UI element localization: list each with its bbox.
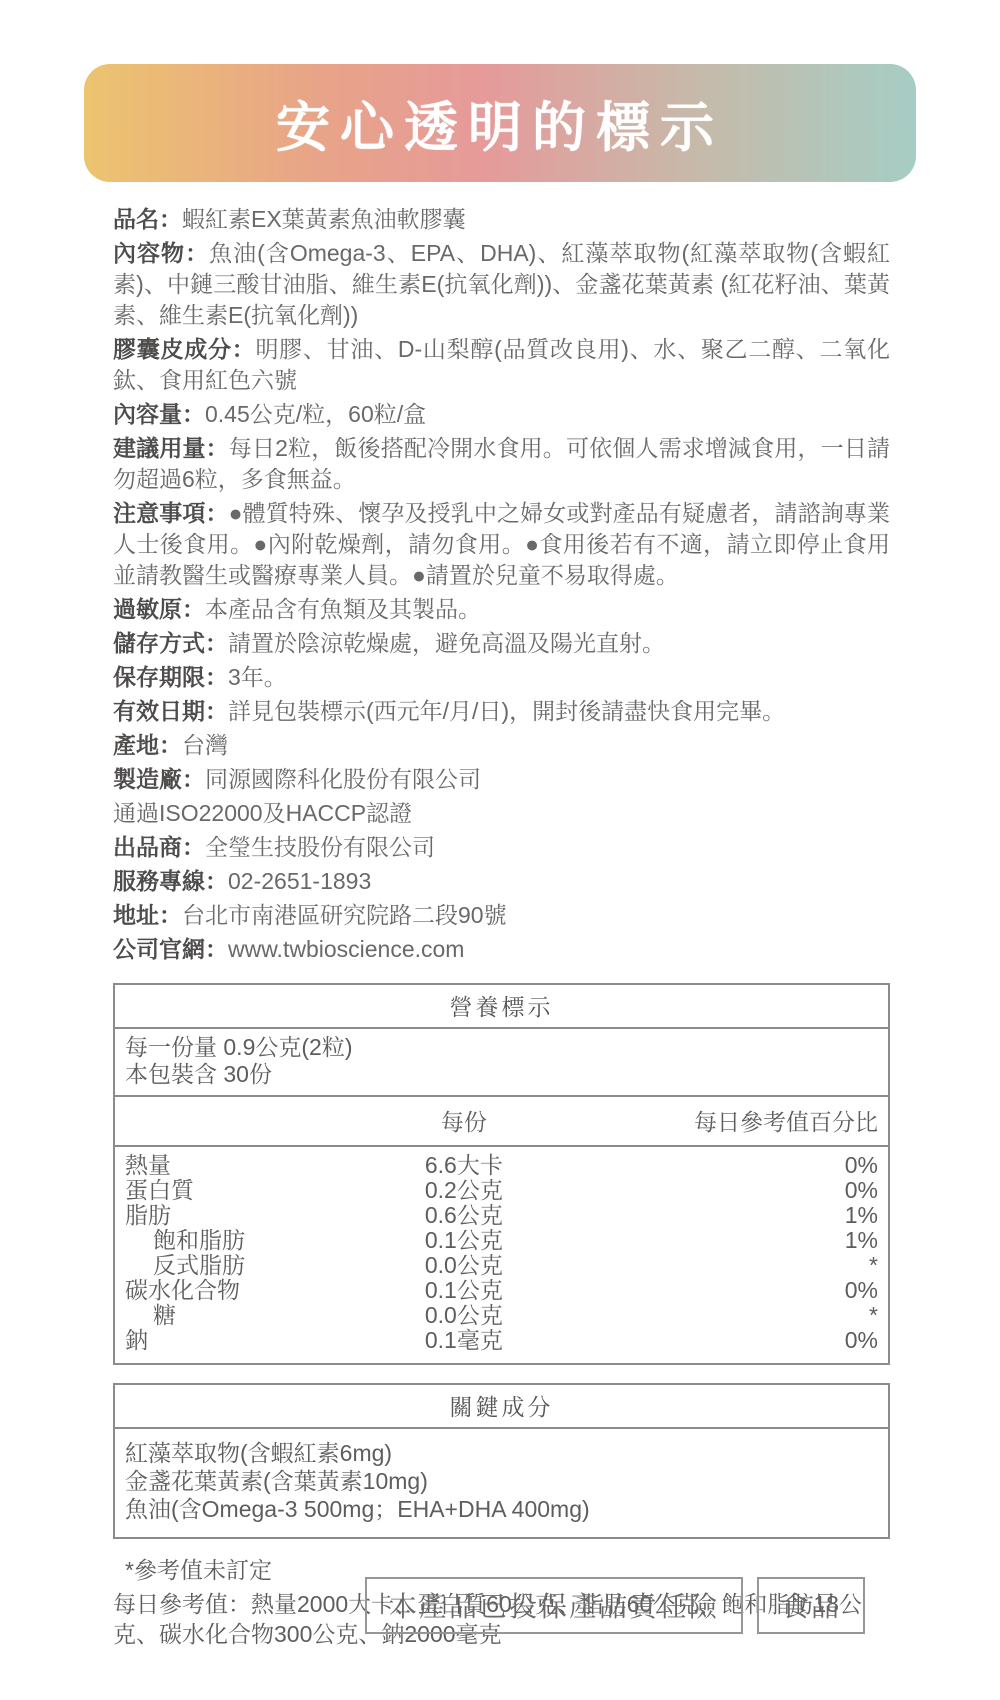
info-row-distributor: 出品商：全瑩生技股份有限公司 xyxy=(113,832,890,863)
column-header-daily-pct: 每日參考值百分比 xyxy=(562,1104,878,1137)
nutrient-name: 脂肪 xyxy=(125,1203,366,1228)
nutrient-value: 0.2公克 xyxy=(366,1178,562,1203)
info-row-origin: 產地：台灣 xyxy=(113,730,890,761)
nutrient-value: 0.1公克 xyxy=(366,1278,562,1303)
info-label: 出品商： xyxy=(113,834,205,860)
info-row-address: 地址：台北市南港區研究院路二段90號 xyxy=(113,900,890,931)
info-text: 3年。 xyxy=(228,664,287,690)
key-ingredients-title: 關鍵成分 xyxy=(115,1385,888,1429)
product-info-section: 品名：蝦紅素EX葉黃素魚油軟膠囊 內容物：魚油(含Omega-3、EPA、DHA… xyxy=(113,204,890,965)
info-text: 詳見包裝標示(西元年/月/日)，開封後請盡快食用完畢。 xyxy=(228,698,785,724)
info-label: 過敏原： xyxy=(113,596,205,622)
nutrition-title: 營養標示 xyxy=(115,985,888,1029)
nutrient-name: 碳水化合物 xyxy=(125,1278,366,1303)
key-ingredient-fish-oil: 魚油(含Omega-3 500mg；EHA+DHA 400mg) xyxy=(125,1495,878,1523)
info-label: 製造廠： xyxy=(113,766,205,792)
info-label: 服務專線： xyxy=(113,868,228,894)
table-row-carbohydrate: 碳水化合物0.1公克0% xyxy=(125,1278,878,1303)
info-text: 台灣 xyxy=(182,732,228,758)
info-row-precautions: 注意事項：●體質特殊、懷孕及授乳中之婦女或對產品有疑慮者，請諮詢專業人士後食用。… xyxy=(113,498,890,591)
info-row-website: 公司官網：www.twbioscience.com xyxy=(113,934,890,965)
info-label: 公司官網： xyxy=(113,936,228,962)
info-label: 膠囊皮成分： xyxy=(113,336,255,362)
servings-per-package: 本包裝含 30份 xyxy=(125,1061,878,1088)
info-row-service-line: 服務專線：02-2651-1893 xyxy=(113,866,890,897)
key-ingredients-table: 關鍵成分 紅藻萃取物(含蝦紅素6mg) 金盞花葉黃素(含葉黃素10mg) 魚油(… xyxy=(113,1383,890,1539)
nutrient-value: 0.0公克 xyxy=(366,1303,562,1328)
nutrition-column-headers: 每份 每日參考值百分比 xyxy=(115,1097,888,1147)
nutrient-value: 0.0公克 xyxy=(366,1253,562,1278)
nutrient-value: 0.1公克 xyxy=(366,1228,562,1253)
table-row-calories: 熱量6.6大卡0% xyxy=(125,1153,878,1178)
nutrient-pct: 0% xyxy=(562,1153,878,1178)
info-label: 品名： xyxy=(113,206,182,232)
info-text: 02-2651-1893 xyxy=(228,868,371,894)
bottom-badges: 本產品已投保產品責任險 食品 xyxy=(365,1577,865,1634)
table-row-fat: 脂肪0.6公克1% xyxy=(125,1203,878,1228)
table-row-sodium: 鈉0.1毫克0% xyxy=(125,1328,878,1353)
nutrient-name: 熱量 xyxy=(125,1153,366,1178)
info-label: 保存期限： xyxy=(113,664,228,690)
column-header-blank xyxy=(125,1104,366,1137)
key-ingredient-lutein: 金盞花葉黃素(含葉黃素10mg) xyxy=(125,1467,878,1495)
nutrient-value: 0.6公克 xyxy=(366,1203,562,1228)
nutrition-serving-info: 每一份量 0.9公克(2粒) 本包裝含 30份 xyxy=(115,1029,888,1097)
nutrient-pct: 0% xyxy=(562,1178,878,1203)
info-label: 建議用量： xyxy=(113,435,229,461)
header-banner: 安心透明的標示 xyxy=(84,64,916,182)
info-label: 產地： xyxy=(113,732,182,758)
nutrient-pct: * xyxy=(562,1253,878,1278)
info-row-certification: 通過ISO22000及HACCP認證 xyxy=(113,798,890,829)
nutrition-table: 營養標示 每一份量 0.9公克(2粒) 本包裝含 30份 每份 每日參考值百分比… xyxy=(113,983,890,1365)
info-row-product-name: 品名：蝦紅素EX葉黃素魚油軟膠囊 xyxy=(113,204,890,235)
info-text: 0.45公克/粒，60粒/盒 xyxy=(205,401,426,427)
info-text: 請置於陰涼乾燥處，避免高溫及陽光直射。 xyxy=(228,630,665,656)
info-label: 地址： xyxy=(113,902,182,928)
info-text: ●體質特殊、懷孕及授乳中之婦女或對產品有疑慮者，請諮詢專業人士後食用。●內附乾燥… xyxy=(113,500,890,588)
info-text: 通過ISO22000及HACCP認證 xyxy=(113,800,412,826)
nutrient-pct: 1% xyxy=(562,1228,878,1253)
info-row-capsule-shell: 膠囊皮成分：明膠、甘油、D-山梨醇(品質改良用)、水、聚乙二醇、二氧化鈦、食用紅… xyxy=(113,334,890,396)
info-row-storage: 儲存方式：請置於陰涼乾燥處，避免高溫及陽光直射。 xyxy=(113,628,890,659)
info-text: 魚油(含Omega-3、EPA、DHA)、紅藻萃取物(紅藻萃取物(含蝦紅素)、中… xyxy=(113,240,890,328)
key-ingredients-body: 紅藻萃取物(含蝦紅素6mg) 金盞花葉黃素(含葉黃素10mg) 魚油(含Omeg… xyxy=(115,1429,888,1537)
nutrient-pct: * xyxy=(562,1303,878,1328)
nutrient-name: 鈉 xyxy=(125,1328,366,1353)
nutrient-pct: 0% xyxy=(562,1328,878,1353)
table-row-protein: 蛋白質0.2公克0% xyxy=(125,1178,878,1203)
info-text: 每日2粒，飯後搭配冷開水食用。可依個人需求增減食用，一日請勿超過6粒，多食無益。 xyxy=(113,435,890,492)
info-label: 內容量： xyxy=(113,401,205,427)
nutrient-name: 飽和脂肪 xyxy=(125,1228,366,1253)
info-row-expiry-date: 有效日期：詳見包裝標示(西元年/月/日)，開封後請盡快食用完畢。 xyxy=(113,696,890,727)
page-title: 安心透明的標示 xyxy=(276,85,724,162)
info-label: 內容物： xyxy=(113,240,209,266)
serving-size: 每一份量 0.9公克(2粒) xyxy=(125,1034,878,1061)
nutrient-value: 0.1毫克 xyxy=(366,1328,562,1353)
nutrient-pct: 1% xyxy=(562,1203,878,1228)
info-text: 同源國際科化股份有限公司 xyxy=(205,766,481,792)
info-text: 台北市南港區研究院路二段90號 xyxy=(182,902,507,928)
info-text: www.twbioscience.com xyxy=(228,936,464,962)
key-ingredient-astaxanthin: 紅藻萃取物(含蝦紅素6mg) xyxy=(125,1439,878,1467)
info-row-suggested-use: 建議用量：每日2粒，飯後搭配冷開水食用。可依個人需求增減食用，一日請勿超過6粒，… xyxy=(113,433,890,495)
table-row-saturated-fat: 飽和脂肪0.1公克1% xyxy=(125,1228,878,1253)
table-row-trans-fat: 反式脂肪0.0公克* xyxy=(125,1253,878,1278)
nutrient-name: 蛋白質 xyxy=(125,1178,366,1203)
info-row-allergen: 過敏原：本產品含有魚類及其製品。 xyxy=(113,594,890,625)
info-label: 注意事項： xyxy=(113,500,229,526)
info-text: 本產品含有魚類及其製品。 xyxy=(205,596,481,622)
info-text: 蝦紅素EX葉黃素魚油軟膠囊 xyxy=(182,206,466,232)
info-text: 全瑩生技股份有限公司 xyxy=(205,834,435,860)
info-label: 有效日期： xyxy=(113,698,228,724)
nutrient-name: 反式脂肪 xyxy=(125,1253,366,1278)
info-row-net-content: 內容量：0.45公克/粒，60粒/盒 xyxy=(113,399,890,430)
table-row-sugar: 糖0.0公克* xyxy=(125,1303,878,1328)
info-row-shelf-life: 保存期限：3年。 xyxy=(113,662,890,693)
column-header-per-serving: 每份 xyxy=(366,1104,562,1137)
nutrition-rows: 熱量6.6大卡0% 蛋白質0.2公克0% 脂肪0.6公克1% 飽和脂肪0.1公克… xyxy=(115,1147,888,1363)
liability-insurance-badge: 本產品已投保產品責任險 xyxy=(365,1577,743,1634)
nutrient-name: 糖 xyxy=(125,1303,366,1328)
info-label: 儲存方式： xyxy=(113,630,228,656)
nutrient-pct: 0% xyxy=(562,1278,878,1303)
nutrient-value: 6.6大卡 xyxy=(366,1153,562,1178)
info-row-ingredients: 內容物：魚油(含Omega-3、EPA、DHA)、紅藻萃取物(紅藻萃取物(含蝦紅… xyxy=(113,238,890,331)
info-row-manufacturer: 製造廠：同源國際科化股份有限公司 xyxy=(113,764,890,795)
food-category-badge: 食品 xyxy=(757,1577,865,1634)
